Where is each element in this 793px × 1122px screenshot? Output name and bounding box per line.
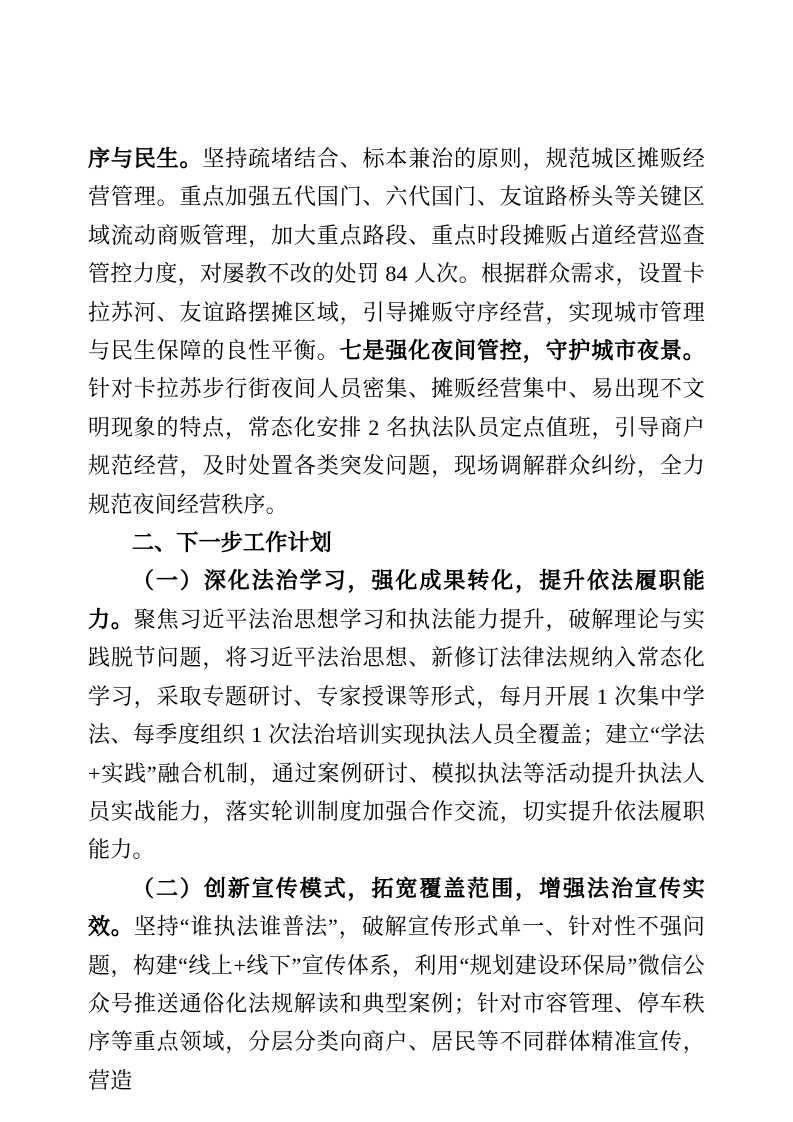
bold-text-run: 序与民生。 xyxy=(88,146,202,171)
section-heading-text: 二、下一步工作计划 xyxy=(132,530,332,555)
paragraph-item-2-publicity: （二）创新宣传模式，拓宽覆盖范围，增强法治宣传实效。坚持“谁执法谁普法”，破解宣… xyxy=(88,870,705,1100)
document-body: 序与民生。坚持疏堵结合、标本兼治的原则，规范城区摊贩经营管理。重点加强五代国门、… xyxy=(88,140,705,1100)
text-run: 坚持“谁执法谁普法”，破解宣传形式单一、针对性不强问题，构建“线上+线下”宣传体… xyxy=(88,914,705,1093)
text-run: 坚持疏堵结合、标本兼治的原则，规范城区摊贩经营管理。重点加强五代国门、六代国门、… xyxy=(88,146,705,363)
text-run: 针对卡拉苏步行街夜间人员密集、摊贩经营集中、易出现不文明现象的特点，常态化安排 … xyxy=(88,376,705,516)
document-page: 序与民生。坚持疏堵结合、标本兼治的原则，规范城区摊贩经营管理。重点加强五代国门、… xyxy=(0,0,793,1122)
paragraph-street-vendor-management: 序与民生。坚持疏堵结合、标本兼治的原则，规范城区摊贩经营管理。重点加强五代国门、… xyxy=(88,140,705,524)
paragraph-section-heading-next-steps: 二、下一步工作计划 xyxy=(88,524,705,562)
paragraph-item-1-legal-learning: （一）深化法治学习，强化成果转化，提升依法履职能力。聚焦习近平法治思想学习和执法… xyxy=(88,562,705,869)
text-run: 聚焦习近平法治思想学习和执法能力提升，破解理论与实践脱节问题，将习近平法治思想、… xyxy=(88,607,705,862)
bold-text-run: 七是强化夜间管控，守护城市夜景。 xyxy=(340,338,705,363)
